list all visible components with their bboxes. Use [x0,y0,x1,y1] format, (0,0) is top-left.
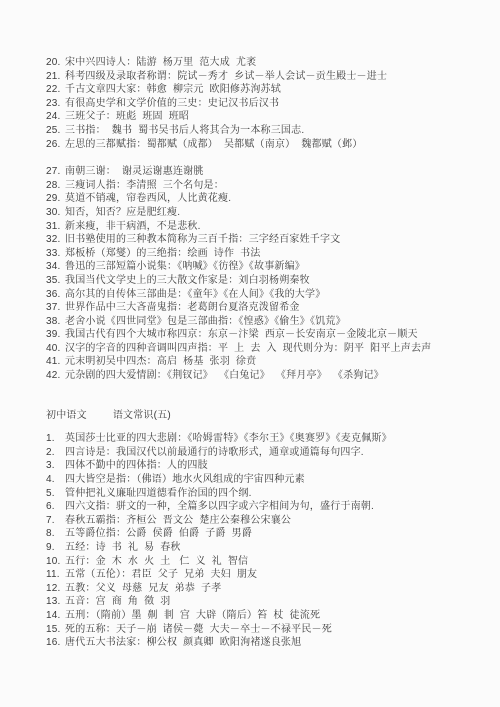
item-text: 死的五称：天子－崩 诸侯－薨 大夫－卒士－不禄平民－死 [65,623,482,637]
item-text: 唐代五大书法家：柳公权 颜真卿 欧阳洵褚遂良张旭 [65,636,482,650]
list-item: 3.四体不勤中的四体指：人的四肢 [46,459,482,473]
item-text: 五行：金 木 水 火 土 仁 义 礼 智信 [65,555,482,569]
list-item: 15.死的五称：天子－崩 诸侯－薨 大夫－卒士－不禄平民－死 [46,623,482,637]
list-item: 37.世界作品中三大吝啬鬼指：老葛朗台夏洛克泼留希金 [46,301,482,315]
item-text: 五教：父义 母慈 兄友 弟恭 子孝 [65,582,482,596]
item-text: 三瘦词人指：李清照 三个名句是： [65,179,482,193]
item-number: 13. [46,595,65,609]
item-number: 10. [46,555,65,569]
item-number: 41. [46,355,65,369]
item-number: 3. [46,459,65,473]
item-number: 28. [46,179,65,193]
list-item: 29.莫道不销魂，帘卷西风，人比黄花瘦. [46,192,482,206]
item-text: 五刑：（隋前）墨 劓 剕 宫 大辟（隋后）笞 杖 徒流死 [65,609,482,623]
item-number: 30. [46,206,65,220]
section-heading: 初中语文 语文常识(五) [46,409,482,423]
course-label: 初中语文 [46,409,87,423]
heading-gap [46,422,482,432]
item-text: 四言诗是：我国汉代以前最通行的诗歌形式，通章或通篇每句四字. [65,446,482,460]
section-gap [46,383,482,409]
item-number: 15. [46,623,65,637]
item-text: 老舍小说《四世同堂》包是三部曲指：《惶惑》《偷生》《饥荒》 [65,315,482,329]
list-item: 16.唐代五大书法家：柳公权 颜真卿 欧阳洵褚遂良张旭 [46,636,482,650]
item-number: 25. [46,124,65,138]
list-item: 28.三瘦词人指：李清照 三个名句是： [46,179,482,193]
item-number: 37. [46,301,65,315]
page-title: 语文常识(五) [113,409,171,423]
list-item: 11.五常（五伦）：君臣 父子 兄弟 夫妇 朋友 [46,568,482,582]
item-text: 四体不勤中的四体指：人的四肢 [65,459,482,473]
list-item: 10.五行：金 木 水 火 土 仁 义 礼 智信 [46,555,482,569]
item-text: 四六文指：骈文的一种，全篇多以四字或六字相间为句，盛行于南朝. [65,500,482,514]
list-item: 2.四言诗是：我国汉代以前最通行的诗歌形式，通章或通篇每句四字. [46,446,482,460]
list-item: 42.元杂剧的四大爱情剧：《荆钗记》 《白兔记》 《拜月亭》 《杀狗记》 [46,369,482,383]
item-text: 五经：诗 书 礼 易 春秋 [65,541,482,555]
item-number: 42. [46,369,65,383]
list-item: 27.南朝三谢： 谢灵运谢惠连谢朓 [46,165,482,179]
list-item: 23.有很高史学和文学价值的三史：史记汉书后汉书 [46,97,482,111]
item-text: 春秋五霸指：齐桓公 晋文公 楚庄公秦穆公宋襄公 [65,514,482,528]
item-text: 高尔其的自传体三部曲是：《童年》《在人间》《我的大学》 [65,288,482,302]
item-number: 11. [46,568,65,582]
list-item: 4.四大皆空是指：（佛语）地水火风组成的宇宙四种元素 [46,473,482,487]
list-item: 26.左思的三都赋指：蜀都赋（成都） 吴都赋（南京） 魏都赋（邺） [46,138,482,152]
list-item: 31.新来瘦，非干病酒，不是悲秋. [46,220,482,234]
list-item: 22.千古文章四大家：韩愈 柳宗元 欧阳修苏洵苏轼 [46,83,482,97]
list-item: 35.我国当代文学史上的三大散文作家是：刘白羽杨朔秦牧 [46,274,482,288]
item-number: 31. [46,220,65,234]
list-item: 13.五音：宫 商 角 徵 羽 [46,595,482,609]
list-item: 8.五等爵位指：公爵 侯爵 伯爵 子爵 男爵 [46,527,482,541]
list-item: 5.管仲把礼义廉耻四道德看作治国的四个纲. [46,487,482,501]
item-number: 27. [46,165,65,179]
item-number: 9. [46,541,65,555]
item-text: 四大皆空是指：（佛语）地水火风组成的宇宙四种元素 [65,473,482,487]
item-number: 5. [46,487,65,501]
item-text: 知否，知否？应是肥红瘦. [65,206,482,220]
item-text: 科考四级及录取者称谓：院试－秀才 乡试－举人会试－贡生殿士－进士 [65,70,482,84]
item-text: 有很高史学和文学价值的三史：史记汉书后汉书 [65,97,482,111]
item-number: 32. [46,233,65,247]
item-text: 五等爵位指：公爵 侯爵 伯爵 子爵 男爵 [65,527,482,541]
item-text: 宋中兴四诗人：陆游 杨万里 范大成 尤袤 [65,56,482,70]
item-text: 我国古代有四个大城市称四京：东京－汴梁 西京－长安南京－金陵北京－顺天 [65,328,482,342]
item-number: 16. [46,636,65,650]
item-number: 35. [46,274,65,288]
item-number: 39. [46,328,65,342]
list-item: 41.元末明初吴中四杰：高启 杨基 张羽 徐贲 [46,355,482,369]
item-text: 旧书塾使用的三种教本简称为三百千指：三字经百家姓千字文 [65,233,482,247]
list-common-sense-items-20-26: 20.宋中兴四诗人：陆游 杨万里 范大成 尤袤21.科考四级及录取者称谓：院试－… [46,56,482,151]
item-text: 元末明初吴中四杰：高启 杨基 张羽 徐贲 [65,355,482,369]
item-number: 20. [46,56,65,70]
item-text: 三班父子：班彪 班固 班昭 [65,110,482,124]
list-item: 6.四六文指：骈文的一种，全篇多以四字或六字相间为句，盛行于南朝. [46,500,482,514]
list-item: 9.五经：诗 书 礼 易 春秋 [46,541,482,555]
list-item: 21.科考四级及录取者称谓：院试－秀才 乡试－举人会试－贡生殿士－进士 [46,70,482,84]
list-item: 25.三书指： 魏书 蜀书吴书后人将其合为一本称三国志. [46,124,482,138]
list-item: 34.鲁迅的三部短篇小说集：《呐喊》《彷徨》《故事新编》 [46,260,482,274]
item-number: 21. [46,70,65,84]
item-text: 英国莎士比亚的四大悲剧：《哈姆雷特》《李尔王》《奥赛罗》《麦克佩斯》 [65,432,482,446]
item-number: 29. [46,192,65,206]
item-text: 新来瘦，非干病酒，不是悲秋. [65,220,482,234]
list-common-sense-items-1-16: 1.英国莎士比亚的四大悲剧：《哈姆雷特》《李尔王》《奥赛罗》《麦克佩斯》2.四言… [46,432,482,650]
blank-line [46,151,482,165]
item-text: 南朝三谢： 谢灵运谢惠连谢朓 [65,165,482,179]
item-number: 7. [46,514,65,528]
list-item: 20.宋中兴四诗人：陆游 杨万里 范大成 尤袤 [46,56,482,70]
item-text: 五音：宫 商 角 徵 羽 [65,595,482,609]
document-page: 20.宋中兴四诗人：陆游 杨万里 范大成 尤袤21.科考四级及录取者称谓：院试－… [0,0,500,707]
item-text: 三书指： 魏书 蜀书吴书后人将其合为一本称三国志. [65,124,482,138]
item-number: 2. [46,446,65,460]
list-item: 32.旧书塾使用的三种教本简称为三百千指：三字经百家姓千字文 [46,233,482,247]
list-common-sense-items-27-42: 27.南朝三谢： 谢灵运谢惠连谢朓28.三瘦词人指：李清照 三个名句是：29.莫… [46,165,482,383]
item-number: 12. [46,582,65,596]
item-number: 23. [46,97,65,111]
item-number: 4. [46,473,65,487]
list-item: 14.五刑：（隋前）墨 劓 剕 宫 大辟（隋后）笞 杖 徒流死 [46,609,482,623]
item-number: 1. [46,432,65,446]
list-item: 39.我国古代有四个大城市称四京：东京－汴梁 西京－长安南京－金陵北京－顺天 [46,328,482,342]
list-item: 12.五教：父义 母慈 兄友 弟恭 子孝 [46,582,482,596]
list-item: 40.汉字的字音的四种音调叫四声指：平 上 去 入 现代则分为：阴平 阳平上声去… [46,342,482,356]
item-number: 8. [46,527,65,541]
item-text: 管仲把礼义廉耻四道德看作治国的四个纲. [65,487,482,501]
item-text: 莫道不销魂，帘卷西风，人比黄花瘦. [65,192,482,206]
item-number: 36. [46,288,65,302]
item-text: 五常（五伦）：君臣 父子 兄弟 夫妇 朋友 [65,568,482,582]
list-item: 36.高尔其的自传体三部曲是：《童年》《在人间》《我的大学》 [46,288,482,302]
item-number: 14. [46,609,65,623]
item-text: 左思的三都赋指：蜀都赋（成都） 吴都赋（南京） 魏都赋（邺） [65,138,482,152]
item-text: 千古文章四大家：韩愈 柳宗元 欧阳修苏洵苏轼 [65,83,482,97]
item-text: 汉字的字音的四种音调叫四声指：平 上 去 入 现代则分为：阴平 阳平上声去声 [65,342,482,356]
item-text: 世界作品中三大吝啬鬼指：老葛朗台夏洛克泼留希金 [65,301,482,315]
item-text: 郑板桥（郑燮）的三绝指：绘画 诗作 书法 [65,247,482,261]
list-item: 38.老舍小说《四世同堂》包是三部曲指：《惶惑》《偷生》《饥荒》 [46,315,482,329]
item-number: 34. [46,260,65,274]
item-text: 元杂剧的四大爱情剧：《荆钗记》 《白兔记》 《拜月亭》 《杀狗记》 [65,369,482,383]
item-text: 我国当代文学史上的三大散文作家是：刘白羽杨朔秦牧 [65,274,482,288]
item-number: 24. [46,110,65,124]
item-number: 33. [46,247,65,261]
list-item: 24.三班父子：班彪 班固 班昭 [46,110,482,124]
list-item: 33.郑板桥（郑燮）的三绝指：绘画 诗作 书法 [46,247,482,261]
item-number: 40. [46,342,65,356]
list-item: 7.春秋五霸指：齐桓公 晋文公 楚庄公秦穆公宋襄公 [46,514,482,528]
item-number: 38. [46,315,65,329]
list-item: 30.知否，知否？应是肥红瘦. [46,206,482,220]
item-text: 鲁迅的三部短篇小说集：《呐喊》《彷徨》《故事新编》 [65,260,482,274]
item-number: 22. [46,83,65,97]
list-item: 1.英国莎士比亚的四大悲剧：《哈姆雷特》《李尔王》《奥赛罗》《麦克佩斯》 [46,432,482,446]
item-number: 26. [46,138,65,152]
item-number: 6. [46,500,65,514]
